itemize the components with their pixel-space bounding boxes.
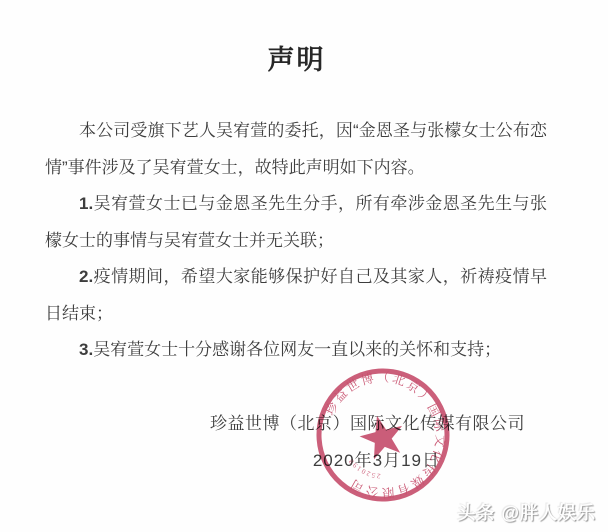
paragraph-number: 1. (79, 194, 93, 213)
paragraph-number: 2. (79, 267, 93, 286)
paragraph-text: 本公司受旗下艺人吴宥萱的委托，因“金恩圣与张檬女士公布恋情”事件涉及了吴宥萱女士… (45, 121, 547, 177)
statement-paragraph-intro: 本公司受旗下艺人吴宥萱的委托，因“金恩圣与张檬女士公布恋情”事件涉及了吴宥萱女士… (45, 113, 547, 186)
toutiao-watermark: 头条 @胖人娱乐 (457, 499, 596, 525)
star-icon (356, 410, 409, 461)
company-seal-stamp-icon: 珍益世博（北京）国际文化传媒有限公司 25201983 (290, 342, 476, 528)
statement-title: 声明 (44, 38, 549, 77)
statement-paragraph-2: 2.疫情期间，希望大家能够保护好自己及其家人，祈祷疫情早日结束； (45, 259, 547, 332)
statement-paragraph-1: 1.吴宥萱女士已与金恩圣先生分手，所有牵涉金恩圣先生与张檬女士的事情与吴宥萱女士… (45, 186, 547, 259)
statement-document: 声明 本公司受旗下艺人吴宥萱的委托，因“金恩圣与张檬女士公布恋情”事件涉及了吴宥… (0, 0, 608, 532)
paragraph-text: 吴宥萱女士已与金恩圣先生分手，所有牵涉金恩圣先生与张檬女士的事情与吴宥萱女士并无… (45, 194, 547, 250)
paragraph-number: 3. (79, 340, 93, 359)
paragraph-text: 疫情期间，希望大家能够保护好自己及其家人，祈祷疫情早日结束； (45, 267, 547, 323)
statement-body: 本公司受旗下艺人吴宥萱的委托，因“金恩圣与张檬女士公布恋情”事件涉及了吴宥萱女士… (45, 113, 547, 369)
